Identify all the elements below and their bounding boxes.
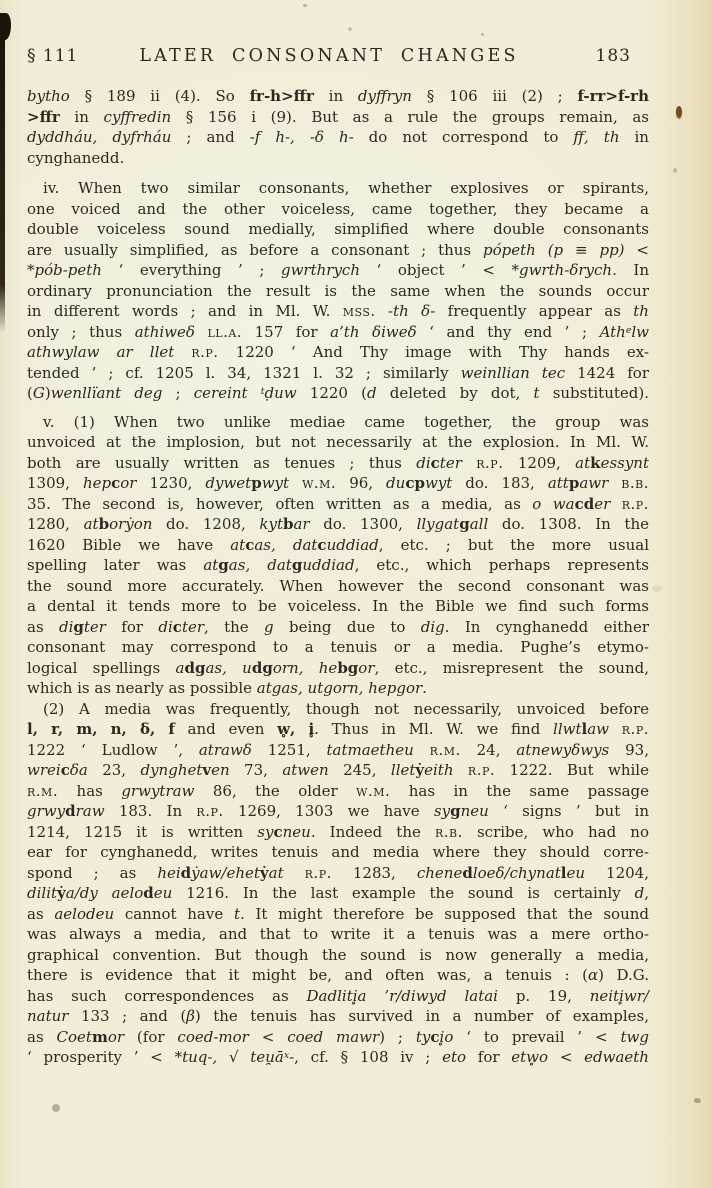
text-line: >ffr in cyffredin § 156 i (9). But as a … <box>27 107 649 128</box>
page-body: bytho § 189 ii (4). So fr-h>ffr in dyffr… <box>27 86 649 1068</box>
text-line: which is as nearly as possible atgas, ut… <box>27 678 649 699</box>
text-line: only ; thus athiweδ ll.a. 157 for a’th δ… <box>27 322 649 343</box>
text-line: has such correspondences as Dadliti̥a ’r… <box>27 986 649 1007</box>
text-line: was always a media, and that to write it… <box>27 924 649 945</box>
text-line: 1280, atborẏon do. 1208, kytbar do. 1300… <box>27 514 649 535</box>
text-line: as Coetmor (for coed-mor < coed mawr) ; … <box>27 1027 649 1048</box>
text-line: there is evidence that it might be, and … <box>27 965 649 986</box>
page-number: 183 <box>539 46 649 66</box>
text-line: grwydraw 183. In r.p. 1269, 1303 we have… <box>27 801 649 822</box>
text-line: are usually simplified, as before a cons… <box>27 240 649 261</box>
text-line: 1222 ‘ Ludlow ’, atrawδ 1251, tatmaetheu… <box>27 740 649 761</box>
scan-edge-mark <box>0 13 5 333</box>
running-title: LATER CONSONANT CHANGES <box>119 46 539 66</box>
ink-speck <box>52 1104 60 1112</box>
page-header: § 111 LATER CONSONANT CHANGES 183 <box>27 46 649 66</box>
text-line: in different words ; and in Ml. W. mss. … <box>27 301 649 322</box>
text-line: cynghanedd. <box>27 148 649 169</box>
text-line: (2) A media was frequently, though not n… <box>27 699 649 720</box>
text-line: natur 133 ; and (β) the tenuis has survi… <box>27 1006 649 1027</box>
scan-edge-blob <box>0 13 11 40</box>
text-line: one voiced and the other voiceless, came… <box>27 199 649 220</box>
ink-speck <box>673 168 677 173</box>
text-line: a dental it tends more to be voiceless. … <box>27 596 649 617</box>
text-line: consonant may correspond to a tenuis or … <box>27 637 649 658</box>
text-line: as digter for dicter, the g being due to… <box>27 617 649 638</box>
ink-speck <box>481 33 484 36</box>
book-page-scan: § 111 LATER CONSONANT CHANGES 183 bytho … <box>0 0 712 1188</box>
text-line: unvoiced at the implosion, but not neces… <box>27 432 649 453</box>
text-line: v. (1) When two unlike mediae came toget… <box>27 412 649 433</box>
paper-blotch <box>652 585 662 592</box>
ink-speck <box>676 106 682 117</box>
ink-speck <box>348 27 352 31</box>
paragraph-v-1: v. (1) When two unlike mediae came toget… <box>27 412 649 699</box>
text-line: ‘ prosperity ’ < *tuq-, √ teu̯āx-, cf. §… <box>27 1047 649 1068</box>
text-line: ordinary pronunciation the result is the… <box>27 281 649 302</box>
text-line: 1309, hepcor 1230, dywetpwyt w.m. 96, du… <box>27 473 649 494</box>
text-line: athwylaw ar llet r.p. 1220 ‘ And Thy ima… <box>27 342 649 363</box>
text-line: bytho § 189 ii (4). So fr-h>ffr in dyffr… <box>27 86 649 107</box>
text-line: 35. The second is, however, often writte… <box>27 494 649 515</box>
text-line: ear for cynghanedd, writes tenuis and me… <box>27 842 649 863</box>
text-line: the sound more accurately. When however … <box>27 576 649 597</box>
paragraph-iv: iv. When two similar consonants, whether… <box>27 178 649 404</box>
text-line: logical spellings adgas, udgorn, hebgor,… <box>27 658 649 679</box>
text-line: dyddháu, dyfrháu ; and -f h-, -δ h- do n… <box>27 127 649 148</box>
ink-speck <box>303 4 307 7</box>
text-line: spelling later was atgas, datguddiad, et… <box>27 555 649 576</box>
ink-speck <box>694 1098 701 1103</box>
text-line: double voiceless sound medially, simplif… <box>27 219 649 240</box>
text-line: 1620 Bible we have atcas, datcuddiad, et… <box>27 535 649 556</box>
text-line: (G)wenllïant deg ; cereint tḍuw 1220 (d … <box>27 383 649 404</box>
text-line: *pób-peth ‘ everything ’ ; gwrthrych ‘ o… <box>27 260 649 281</box>
text-line: both are usually written as tenues ; thu… <box>27 453 649 474</box>
text-line: wreicδa 23, dynghetven 73, atwen 245, ll… <box>27 760 649 781</box>
text-line: 1214, 1215 it is written sycneu. Indeed … <box>27 822 649 843</box>
paragraph-continuation: bytho § 189 ii (4). So fr-h>ffr in dyffr… <box>27 86 649 168</box>
text-line: tended ’ ; cf. 1205 l. 34, 1321 l. 32 ; … <box>27 363 649 384</box>
text-line: spond ; as heidẏaw/ehetẏat r.p. 1283, ch… <box>27 863 649 884</box>
text-line: graphical convention. But though the sou… <box>27 945 649 966</box>
text-line: as aelodeu cannot have t. It might there… <box>27 904 649 925</box>
text-line: l, r, m, n, δ, f and even w̥, i̥. Thus i… <box>27 719 649 740</box>
paragraph-v-2: (2) A media was frequently, though not n… <box>27 699 649 1068</box>
text-line: dilitẏa/dy aelodeu 1216. In the last exa… <box>27 883 649 904</box>
text-line: r.m. has grwytraw 86, the older w.m. has… <box>27 781 649 802</box>
section-number: § 111 <box>27 46 119 66</box>
text-line: iv. When two similar consonants, whether… <box>27 178 649 199</box>
